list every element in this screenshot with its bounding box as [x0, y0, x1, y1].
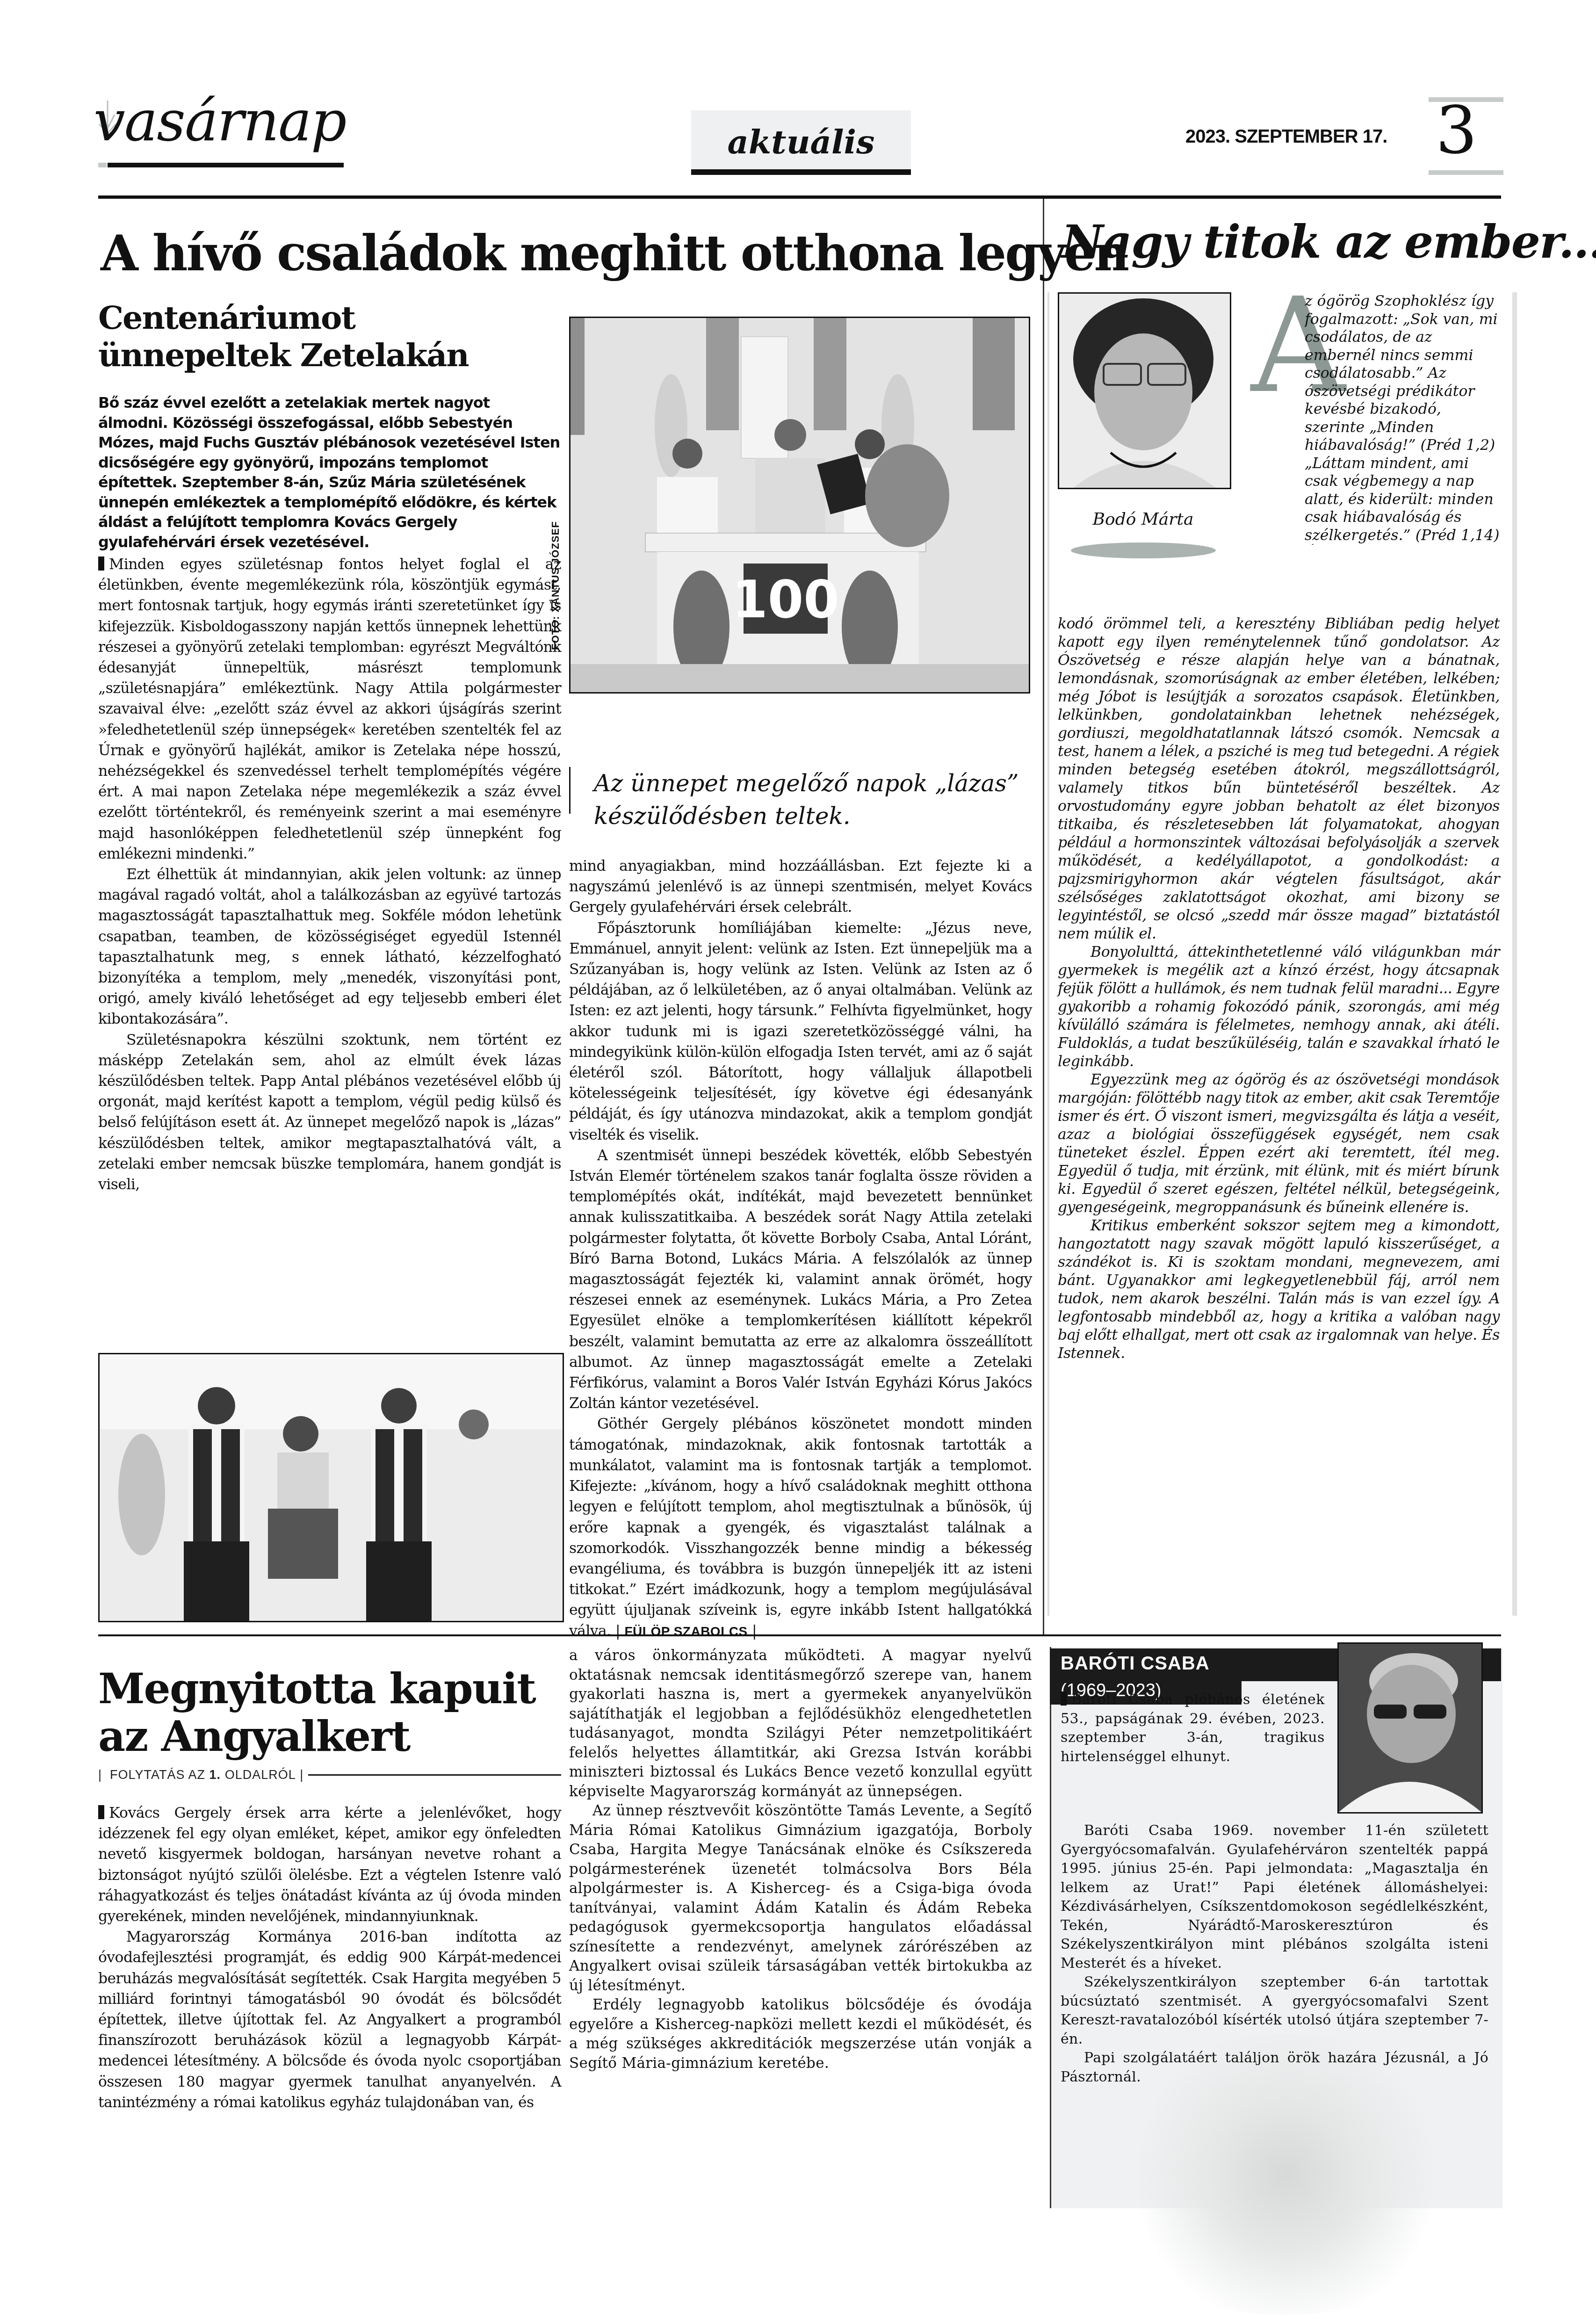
paragraph: Bonyolulttá, áttekinthetetlenné váló vil… [1058, 943, 1500, 1071]
continuation-prefix: FOLYTATÁS AZ [110, 1768, 205, 1782]
paragraph: A szentmisét ünnepi beszédek követték, e… [569, 1145, 1032, 1414]
obituary-body: Baróti Csaba 1969. november 11-én szület… [1061, 1821, 1488, 2087]
section-label-bar [691, 169, 911, 175]
page-number: 3 [1436, 98, 1477, 164]
paragraph: kodó örömmel teli, a keresztény Bibliába… [1058, 615, 1500, 943]
author-name: Bodó Márta [1058, 510, 1228, 529]
obituary-portrait [1337, 1642, 1483, 1814]
paragraph-marker-icon [1061, 1691, 1067, 1706]
author-name-ornament [1071, 542, 1216, 558]
newspaper-logo[interactable]: vasárnap [94, 94, 346, 150]
paragraph: Kovács Gergely érsek arra kérte a jelenl… [98, 1803, 561, 1927]
paragraph: Kritikus emberként sokszor sejtem meg a … [1058, 1217, 1500, 1363]
paragraph: Az ünnep résztvevőit köszöntötte Tamás L… [569, 1801, 1032, 1995]
paragraph: Minden egyes születésnap fontos helyet f… [98, 554, 561, 864]
obituary-name: BARÓTI CSABA [1061, 1653, 1210, 1674]
issue-date: 2023. SZEPTEMBER 17. [1185, 126, 1387, 147]
author-portrait [1058, 292, 1231, 489]
church-altar-photo: 100 [569, 317, 1030, 694]
paragraph: Születésnapokra készülni szoktunk, nem t… [98, 1030, 561, 1195]
photo-credit: FOTÓ: XÁNTUS JÓZSEF [549, 521, 562, 650]
paragraph-marker-icon [98, 557, 104, 571]
paragraph: Ezt élhettük át mindannyian, akik jelen … [98, 864, 561, 1030]
opinion-body: kodó örömmel teli, a keresztény Bibliába… [1058, 615, 1500, 1363]
header-rule [98, 195, 1501, 199]
paragraph: Egyezzünk meg az ógörög és az ószövetség… [1058, 1071, 1500, 1217]
obituary-portrait-illustration [1339, 1644, 1481, 1812]
paragraph: Erdély legnagyobb katolikus bölcsődéje é… [569, 1995, 1032, 2073]
column-divider [1043, 199, 1044, 1634]
section-label-text: aktuális [691, 110, 911, 174]
paragraph-marker-icon [98, 1805, 104, 1819]
section-rule [98, 1634, 1501, 1636]
main-article-column-2: mind anyagiakban, mind hozzáállásban. Ez… [569, 856, 1032, 1642]
paragraph: Göthér Gergely plébános köszönetet mondo… [569, 1414, 1032, 1641]
opinion-headline: Nagy titok az ember... [1062, 215, 1596, 269]
paragraph: Főpásztorunk homíliájában kiemelte: „Jéz… [569, 918, 1032, 1145]
main-article-subheadline: Centenáriumot ünnepeltek Zetelakán [98, 299, 538, 374]
paragraph: Magyarország Kormánya 2016-ban indította… [98, 1927, 561, 2113]
svg-text:100: 100 [732, 570, 839, 629]
paragraph: Székelyszentkirályon szeptember 6-án tar… [1061, 1973, 1488, 2049]
main-article-column-1: Minden egyes születésnap fontos helyet f… [98, 554, 561, 1195]
bottom-article-headline: Megnyitotta kapuit az Angyalkert [98, 1665, 547, 1760]
paragraph: mind anyagiakban, mind hozzáállásban. Ez… [569, 856, 1032, 918]
continuation-suffix: OLDALRÓL [225, 1768, 296, 1782]
church-altar-illustration: 100 [571, 318, 1029, 692]
paragraph: Baróti Csaba 1969. november 11-én szület… [1061, 1821, 1488, 1973]
opinion-intro: z ógörög Szophoklész így fogalmazott: „S… [1305, 292, 1501, 545]
paragraph: Papi szolgálatáért találjon örök hazára … [1061, 2049, 1488, 2087]
main-article-lead: Bő száz évvel ezelőtt a zetelakiak merte… [98, 393, 561, 552]
logo-underline [108, 163, 344, 167]
section-label: aktuális [691, 110, 911, 174]
continuation-page[interactable]: 1. [209, 1768, 221, 1782]
pull-quote: Az ünnepet megelőző napok „lázas” készül… [569, 767, 1057, 814]
paragraph: a város önkormányzata működteti. A magya… [569, 1646, 1032, 1801]
author-portrait-illustration [1059, 294, 1230, 488]
main-article-headline: A hívő családok meghitt otthona legyen [101, 224, 1128, 282]
continuation-note[interactable]: | FOLYTATÁS AZ 1. OLDALRÓL | [98, 1768, 561, 1782]
logo-underline-accent [98, 163, 107, 167]
bottom-article-column-1: Kovács Gergely érsek arra kérte a jelenl… [98, 1803, 561, 2113]
page-number-bar-bottom [1429, 170, 1503, 175]
children-in-costume-photo [98, 1353, 564, 1622]
bottom-article-column-2: a város önkormányzata működteti. A magya… [569, 1646, 1032, 2073]
obituary-intro: Baróti Csaba plébános életének 53., paps… [1061, 1691, 1325, 1766]
continuation-rule [308, 1774, 561, 1776]
children-illustration [100, 1354, 563, 1621]
